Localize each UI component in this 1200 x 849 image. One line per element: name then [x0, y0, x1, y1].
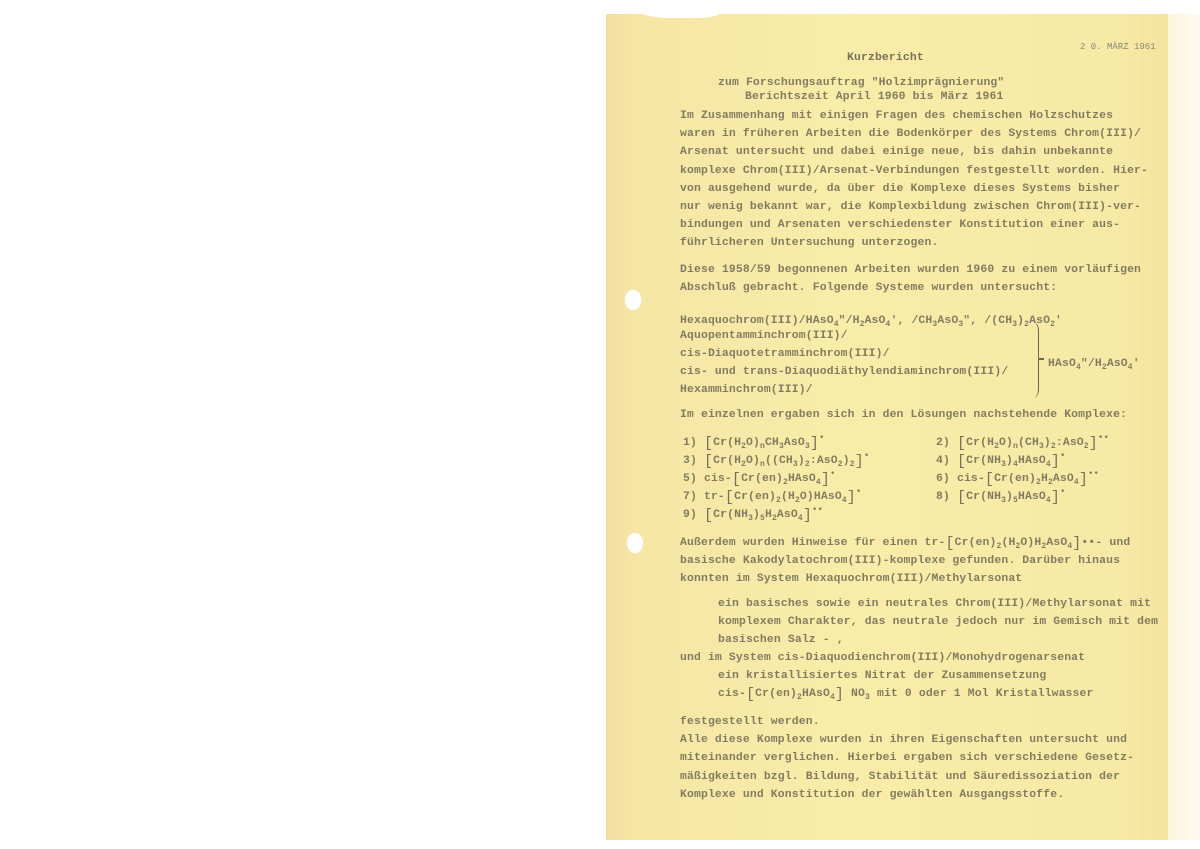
system-line-hexaquo: Hexaquochrom(III)/HAsO4"/H2AsO4', /CH3As… — [680, 315, 1062, 327]
curly-brace-tip — [1038, 358, 1044, 360]
paragraph-additional-line2: basische Kakodylatochrom(III)-komplexe g… — [680, 555, 1120, 567]
closing-line: miteinander verglichen. Hierbei ergaben … — [680, 752, 1134, 764]
paragraph-additional-line3: konnten im System Hexaquochrom(III)/Meth… — [680, 573, 1022, 585]
closing-line: Komplexe und Konstitution der gewählten … — [680, 789, 1064, 801]
paragraph-line: Arsenat untersucht und dabei einige neue… — [680, 146, 1113, 158]
document-subtitle-1: zum Forschungsauftrag "Holzimprägnierung… — [718, 77, 1004, 89]
system-item: cis- und trans-Diaquodiäthylendiaminchro… — [680, 366, 1008, 378]
complex-item: 1) [Cr(H2O)nCH3AsO3]• — [683, 433, 825, 449]
paragraph-line: führlicheren Untersuchung unterzogen. — [680, 237, 938, 249]
complex-item: 6) cis-[Cr(en)2H2AsO4]•• — [936, 469, 1099, 485]
nitrate-formula-line: cis-[Cr(en)2HAsO4] NO3 mit 0 oder 1 Mol … — [718, 688, 1094, 700]
page-edge-shadow — [1168, 14, 1200, 840]
curly-brace — [1028, 322, 1039, 398]
paragraph-line: waren in früheren Arbeiten die Bodenkörp… — [680, 128, 1141, 140]
document-subtitle-2: Berichtszeit April 1960 bis März 1961 — [745, 91, 1003, 103]
paragraph-line: komplexe Chrom(III)/Arsenat-Verbindungen… — [680, 165, 1148, 177]
paragraph-line: nur wenig bekannt war, die Komplexbildun… — [680, 201, 1141, 213]
paragraph-line: Abschluß gebracht. Folgende Systeme wurd… — [680, 282, 1057, 294]
system-item: Aquopentamminchrom(III)/ — [680, 330, 848, 342]
indented-line: ein basisches sowie ein neutrales Chrom(… — [718, 598, 1151, 610]
bracket-anions: HAsO4"/H2AsO4' — [1048, 358, 1140, 370]
received-date-stamp: 2 0. MÄRZ 1961 — [1080, 42, 1156, 53]
complex-item: 3) [Cr(H2O)n((CH3)2:AsO2)2]• — [683, 451, 869, 467]
punch-hole-bottom — [627, 533, 643, 553]
complex-item: 5) cis-[Cr(en)2HAsO4]• — [683, 469, 836, 485]
indented-line: komplexem Charakter, das neutrale jedoch… — [718, 616, 1158, 628]
complex-item: 4) [Cr(NH3)4HAsO4]• — [936, 451, 1066, 467]
paragraph-line: bindungen und Arsenaten verschiedenster … — [680, 219, 1120, 231]
paragraph-line: Diese 1958/59 begonnenen Arbeiten wurden… — [680, 264, 1141, 276]
closing-line: Alle diese Komplexe wurden in ihren Eige… — [680, 734, 1127, 746]
complexes-intro: Im einzelnen ergaben sich in den Lösunge… — [680, 409, 1127, 421]
complex-item: 7) tr-[Cr(en)2(H2O)HAsO4]• — [683, 487, 861, 503]
paragraph-line: Im Zusammenhang mit einigen Fragen des c… — [680, 110, 1113, 122]
paragraph-line: von ausgehend wurde, da über die Komplex… — [680, 183, 1120, 195]
closing-line: mäßigkeiten bzgl. Bildung, Stabilität un… — [680, 771, 1120, 783]
line-und-im-system: und im System cis-Diaquodienchrom(III)/M… — [680, 652, 1085, 664]
closing-line: festgestellt werden. — [680, 716, 820, 728]
complex-item: 9) [Cr(NH3)5H2AsO4]•• — [683, 505, 823, 521]
system-item: Hexamminchrom(III)/ — [680, 384, 813, 396]
complex-item: 2) [Cr(H2O)n(CH3)2:AsO2]•• — [936, 433, 1109, 449]
indented-line: basischen Salz - , — [718, 634, 844, 646]
document-title: Kurzbericht — [847, 52, 924, 64]
paragraph-additional-line1: Außerdem wurden Hinweise für einen tr-[C… — [680, 537, 1130, 549]
system-item: cis-Diaquotetramminchrom(III)/ — [680, 348, 890, 360]
indented-nitrate-intro: ein kristallisiertes Nitrat der Zusammen… — [718, 670, 1046, 682]
punch-hole-top — [625, 290, 641, 310]
complex-item: 8) [Cr(NH3)5HAsO4]• — [936, 487, 1066, 503]
